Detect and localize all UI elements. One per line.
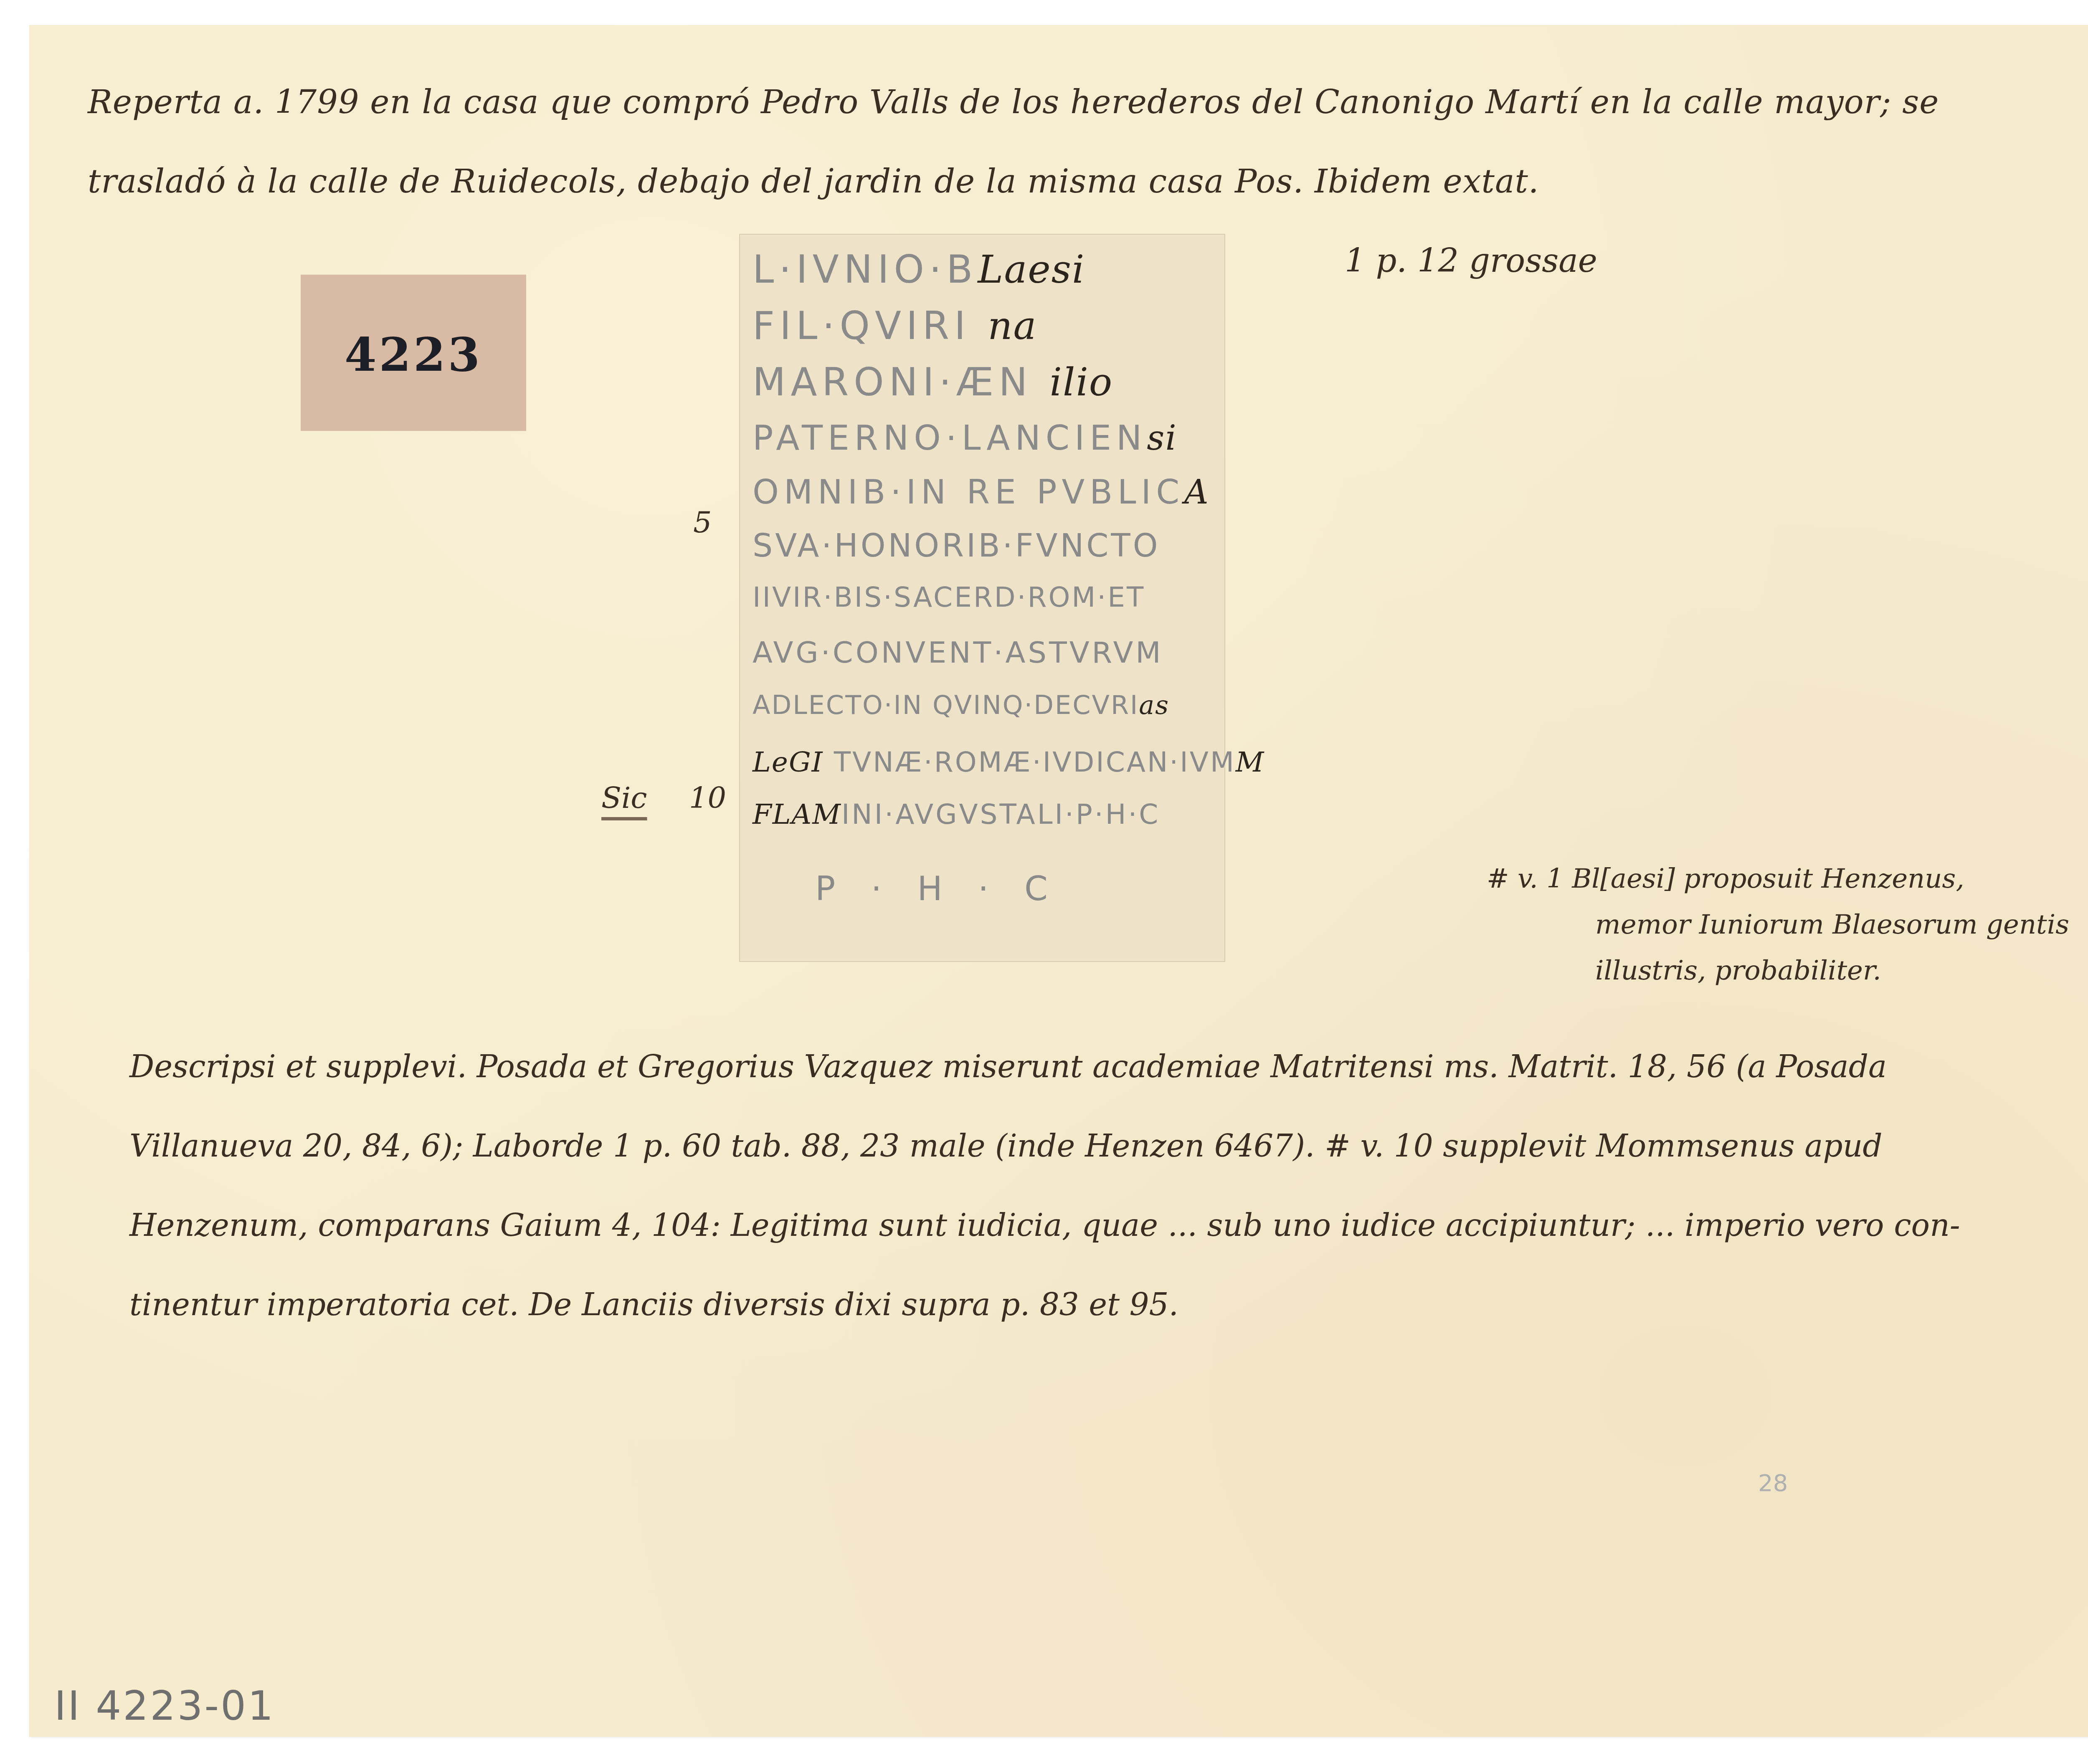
commentary: Descripsi et supplevi. Posada et Gregori… xyxy=(129,1027,2088,1344)
line-number-5: 5 xyxy=(693,505,712,539)
catalogue-stamp: 4223 xyxy=(301,271,526,434)
footnote-line-1: # v. 1 Bl[aesi] proposuit Henzenus, xyxy=(1487,856,2088,902)
inscription-line-2: FIL·QVIRI na xyxy=(753,304,1037,348)
inscription-squeeze: L·IVNIO·BLaesi FIL·QVIRI na MARONI·ÆN il… xyxy=(739,234,1225,962)
commentary-line-4: tinentur imperatoria cet. De Lanciis div… xyxy=(129,1265,2088,1344)
provenance-line-2: trasladó à la calle de Ruidecols, debajo… xyxy=(88,142,2088,221)
sic-marker: Sic xyxy=(601,781,647,815)
catalogue-number: 4223 xyxy=(301,328,526,382)
commentary-line-3: Henzenum, comparans Gaium 4, 104: Legiti… xyxy=(129,1186,2088,1265)
footnote-verse-1: # v. 1 Bl[aesi] proposuit Henzenus, memo… xyxy=(1487,856,2088,994)
footnote-line-3: illustris, probabiliter. xyxy=(1487,948,2088,994)
inscription-line-1: L·IVNIO·BLaesi xyxy=(753,247,1085,292)
line-number-10: 10 xyxy=(689,781,726,815)
inscription-line-9: ADLECTO·IN QVINQ·DECVRIas xyxy=(753,690,1169,720)
inscription-line-7: IIVIR·BIS·SACERD·ROM·ET xyxy=(753,581,1145,613)
inscription-line-8: AVG·CONVENT·ASTVRVM xyxy=(753,635,1163,670)
commentary-line-2: Villanueva 20, 84, 6); Laborde 1 p. 60 t… xyxy=(129,1106,2088,1186)
shelfmark: II 4223-01 xyxy=(54,1683,275,1729)
provenance-note: Reperta a. 1799 en la casa que compró Pe… xyxy=(88,63,2088,221)
folio-number: 28 xyxy=(1758,1470,1788,1497)
inscription-line-10: LeGI TVNÆ·ROMÆ·IVDICAN·IVMM xyxy=(753,746,1264,778)
inscription-line-6: SVA·HONORIB·FVNCTO xyxy=(753,527,1161,564)
inscription-line-4: PATERNO·LANCIENsi xyxy=(753,418,1177,458)
inscription-line-3: MARONI·ÆN ilio xyxy=(753,360,1113,405)
inscription-line-5: OMNIB·IN RE PVBLICA xyxy=(753,473,1209,511)
footnote-line-2: memor Iuniorum Blaesorum gentis xyxy=(1487,902,2088,948)
provenance-line-1: Reperta a. 1799 en la casa que compró Pe… xyxy=(88,63,2088,142)
commentary-line-1: Descripsi et supplevi. Posada et Gregori… xyxy=(129,1027,2088,1106)
inscription-line-11: FLAMINI·AVGVSTALI·P·H·C xyxy=(753,798,1160,830)
dimensions-note: 1 p. 12 grossae xyxy=(1345,242,1597,280)
inscription-line-12: P · H · C xyxy=(815,869,1060,908)
